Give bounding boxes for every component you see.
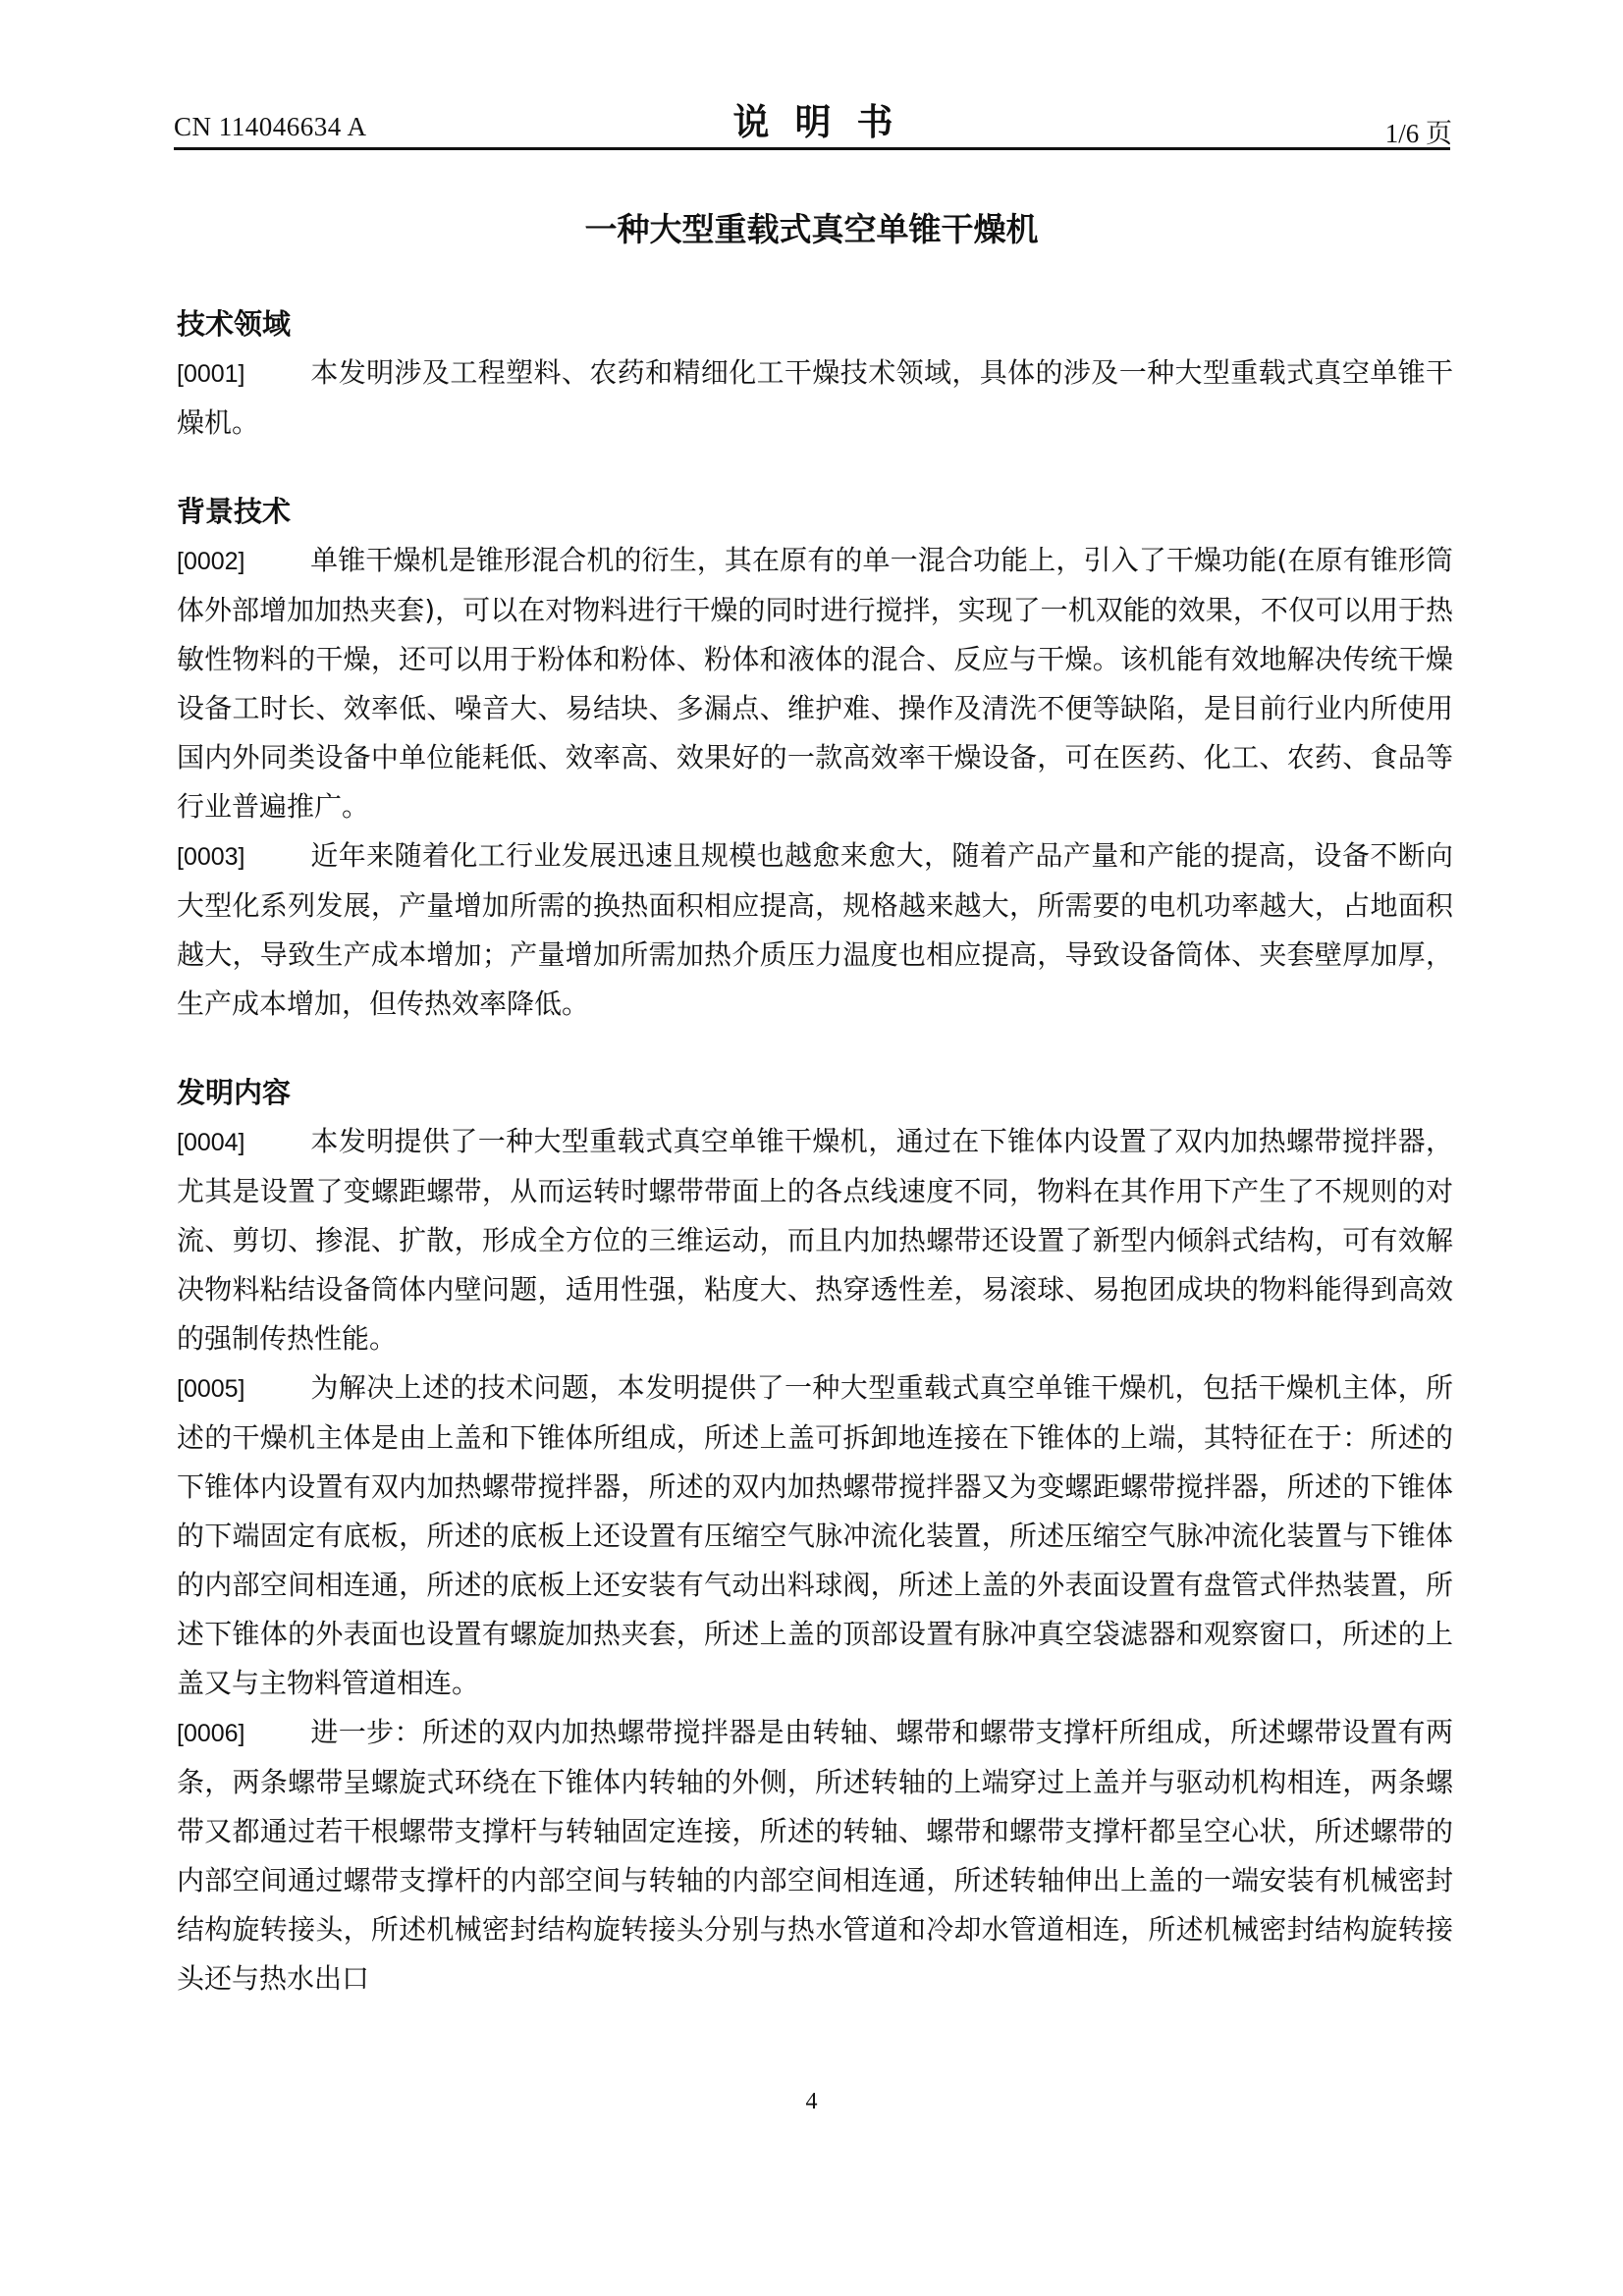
paragraph-text: 本发明涉及工程塑料、农药和精细化工干燥技术领域，具体的涉及一种大型重载式真空单锥… (177, 356, 1453, 439)
paragraph-text: 近年来随着化工行业发展迅速且规模也越愈来愈大，随着产品产量和产能的提高，设备不断… (177, 839, 1453, 1020)
paragraph-0005: [0005]为解决上述的技术问题，本发明提供了一种大型重载式真空单锥干燥机，包括… (177, 1363, 1453, 1708)
patent-page: CN 114046634 A 说明书 1/6 页 一种大型重载式真空单锥干燥机 … (0, 0, 1623, 2296)
paragraph-0004: [0004]本发明提供了一种大型重载式真空单锥干燥机，通过在下锥体内设置了双内加… (177, 1117, 1453, 1363)
header-divider (174, 147, 1450, 150)
section-heading: 发明内容 (177, 1068, 1453, 1117)
paragraph-text: 单锥干燥机是锥形混合机的衍生，其在原有的单一混合功能上，引入了干燥功能(在原有锥… (177, 544, 1453, 823)
paragraph-text: 本发明提供了一种大型重载式真空单锥干燥机，通过在下锥体内设置了双内加热螺带搅拌器… (177, 1125, 1453, 1355)
section-heading: 背景技术 (177, 487, 1453, 536)
page-header: CN 114046634 A 说明书 1/6 页 (174, 90, 1452, 149)
paragraph-0002: [0002]单锥干燥机是锥形混合机的衍生，其在原有的单一混合功能上，引入了干燥功… (177, 536, 1453, 831)
paragraph-0006: [0006]进一步：所述的双内加热螺带搅拌器是由转轴、螺带和螺带支撑杆所组成，所… (177, 1708, 1453, 2003)
page-number: 4 (0, 2089, 1623, 2115)
page-count: 1/6 页 (1385, 112, 1452, 150)
section-technical-field: 技术领域 [0001]本发明涉及工程塑料、农药和精细化工干燥技术领域，具体的涉及… (177, 299, 1453, 448)
document-type: 说明书 (174, 92, 1452, 145)
paragraph-0003: [0003]近年来随着化工行业发展迅速且规模也越愈来愈大，随着产品产量和产能的提… (177, 831, 1453, 1029)
paragraph-text: 进一步：所述的双内加热螺带搅拌器是由转轴、螺带和螺带支撑杆所组成，所述螺带设置有… (177, 1716, 1453, 1995)
invention-title: 一种大型重载式真空单锥干燥机 (0, 204, 1623, 250)
paragraph-text: 为解决上述的技术问题，本发明提供了一种大型重载式真空单锥干燥机，包括干燥机主体，… (177, 1371, 1453, 1699)
paragraph-label: [0002] (177, 537, 310, 586)
section-background: 背景技术 [0002]单锥干燥机是锥形混合机的衍生，其在原有的单一混合功能上，引… (177, 487, 1453, 1029)
paragraph-label: [0005] (177, 1364, 310, 1414)
paragraph-label: [0003] (177, 832, 310, 881)
document-body: 技术领域 [0001]本发明涉及工程塑料、农药和精细化工干燥技术领域，具体的涉及… (177, 299, 1453, 2043)
paragraph-label: [0006] (177, 1709, 310, 1758)
section-heading: 技术领域 (177, 299, 1453, 348)
paragraph-0001: [0001]本发明涉及工程塑料、农药和精细化工干燥技术领域，具体的涉及一种大型重… (177, 348, 1453, 448)
section-summary: 发明内容 [0004]本发明提供了一种大型重载式真空单锥干燥机，通过在下锥体内设… (177, 1068, 1453, 2003)
paragraph-label: [0004] (177, 1118, 310, 1167)
paragraph-label: [0001] (177, 349, 310, 399)
